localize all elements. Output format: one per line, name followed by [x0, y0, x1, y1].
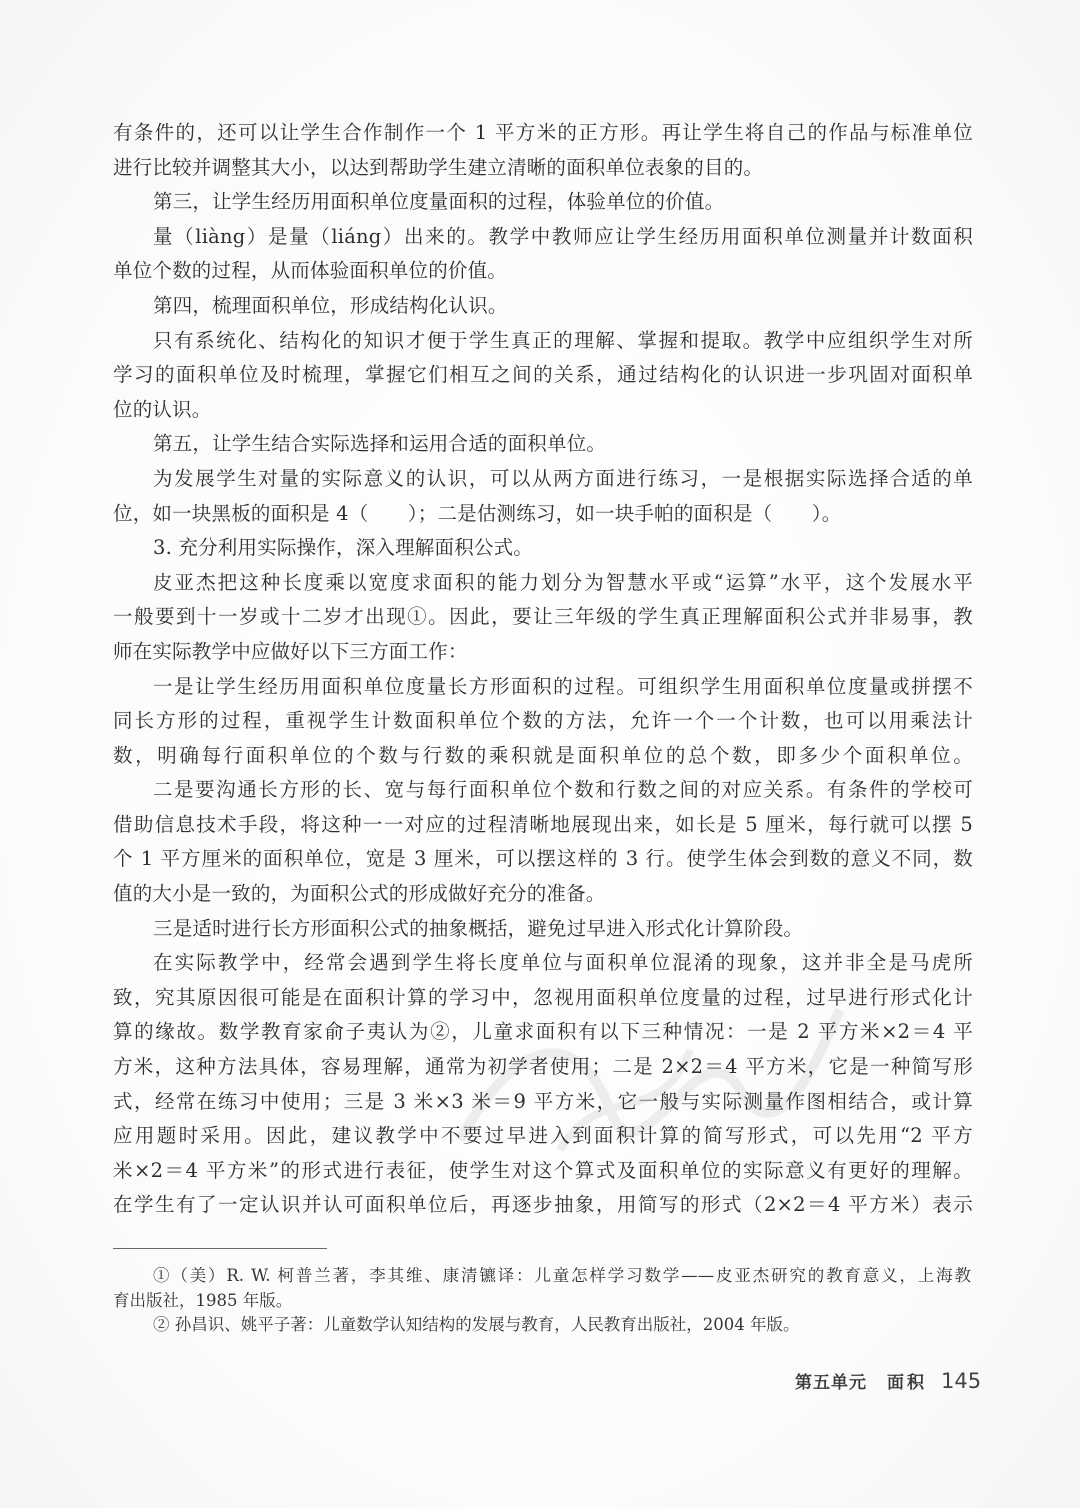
paragraph-line: 二是要沟通长方形的长、宽与每行面积单位个数和行数之间的对应关系。有条件的学校可 — [113, 773, 973, 808]
page-footer: 第五单元 面积 145 — [795, 1368, 981, 1398]
footnote-line: ② 孙昌识、姚平子著：儿童数学认知结构的发展与教育，人民教育出版社，2004 年… — [113, 1313, 971, 1338]
paragraph-line: 一是让学生经历用面积单位度量长方形面积的过程。可组织学生用面积单位度量或拼摆不 — [113, 670, 973, 705]
paragraph-line: 第三，让学生经历用面积单位度量面积的过程，体验单位的价值。 — [113, 185, 973, 220]
paragraph-line: 式，经常在练习中使用；三是 3 米×3 米＝9 平方米，它一般与实际测量作图相结… — [113, 1085, 973, 1120]
paragraph-line: 米×2＝4 平方米”的形式进行表征，使学生对这个算式及面积单位的实际意义有更好的… — [113, 1154, 973, 1189]
paragraph-line: 师在实际教学中应做好以下三方面工作： — [113, 635, 973, 670]
textbook-page: 有条件的，还可以让学生合作制作一个 1 平方米的正方形。再让学生将自己的作品与标… — [0, 0, 1080, 1508]
footnote-line: 育出版社，1985 年版。 — [113, 1289, 971, 1314]
paragraph-line: 数，明确每行面积单位的个数与行数的乘积就是面积单位的总个数，即多少个面积单位。 — [113, 739, 973, 774]
paragraph-line: 在学生有了一定认识并认可面积单位后，再逐步抽象，用简写的形式（2×2＝4 平方米… — [113, 1188, 973, 1223]
paragraph-line: 只有系统化、结构化的知识才便于学生真正的理解、掌握和提取。教学中应组织学生对所 — [113, 324, 973, 359]
paragraph-line: 应用题时采用。因此，建议教学中不要过早进入到面积计算的简写形式，可以先用“2 平… — [113, 1119, 973, 1154]
paragraph-line: 在实际教学中，经常会遇到学生将长度单位与面积单位混淆的现象，这并非全是马虎所 — [113, 946, 973, 981]
paragraph-line: 皮亚杰把这种长度乘以宽度求面积的能力划分为智慧水平或“运算”水平，这个发展水平 — [113, 566, 973, 601]
paragraph-line: 第四，梳理面积单位，形成结构化认识。 — [113, 289, 973, 324]
paragraph-line: 有条件的，还可以让学生合作制作一个 1 平方米的正方形。再让学生将自己的作品与标… — [113, 116, 973, 151]
paragraph-line: 学习的面积单位及时梳理，掌握它们相互之间的关系，通过结构化的认识进一步巩固对面积… — [113, 358, 973, 393]
footnote-line: ①（美）R. W. 柯普兰著，李其维、康清镳译：儿童怎样学习数学——皮亚杰研究的… — [113, 1264, 971, 1289]
paragraph-line: 同长方形的过程，重视学生计数面积单位个数的方法，允许一个一个计数，也可以用乘法计 — [113, 704, 973, 739]
paragraph-line: 单位个数的过程，从而体验面积单位的价值。 — [113, 254, 973, 289]
paragraph-line: 个 1 平方厘米的面积单位，宽是 3 厘米，可以摆这样的 3 行。使学生体会到数… — [113, 842, 973, 877]
footnote-divider — [113, 1248, 327, 1249]
paragraph-line: 量（liàng）是量（liáng）出来的。教学中教师应让学生经历用面积单位测量并… — [113, 220, 973, 255]
paragraph-line: 3. 充分利用实际操作，深入理解面积公式。 — [113, 531, 973, 566]
paragraph-line: 为发展学生对量的实际意义的认识，可以从两方面进行练习，一是根据实际选择合适的单 — [113, 462, 973, 497]
paragraph-line: 借助信息技术手段，将这种一一对应的过程清晰地展现出来，如长是 5 厘米，每行就可… — [113, 808, 973, 843]
paragraph-line: 一般要到十一岁或十二岁才出现①。因此，要让三年级的学生真正理解面积公式并非易事，… — [113, 600, 973, 635]
paragraph-line: 方米，这种方法具体，容易理解，通常为初学者使用；二是 2×2＝4 平方米，它是一… — [113, 1050, 973, 1085]
paragraph-line: 位的认识。 — [113, 393, 973, 428]
paragraph-line: 算的缘故。数学教育家俞子夷认为②，儿童求面积有以下三种情况：一是 2 平方米×2… — [113, 1015, 973, 1050]
footnotes: ①（美）R. W. 柯普兰著，李其维、康清镳译：儿童怎样学习数学——皮亚杰研究的… — [113, 1264, 971, 1338]
body-text: 有条件的，还可以让学生合作制作一个 1 平方米的正方形。再让学生将自己的作品与标… — [113, 116, 973, 1223]
paragraph-line: 第五，让学生结合实际选择和运用合适的面积单位。 — [113, 427, 973, 462]
page-number: 145 — [941, 1369, 981, 1393]
paragraph-line: 位，如一块黑板的面积是 4（ ）；二是估测练习，如一块手帕的面积是（ ）。 — [113, 497, 973, 532]
footer-topic: 面积 — [887, 1368, 927, 1393]
footer-unit-title: 第五单元 — [795, 1368, 867, 1393]
paragraph-line: 致，究其原因很可能是在面积计算的学习中，忽视用面积单位度量的过程，过早进行形式化… — [113, 981, 973, 1016]
paragraph-line: 三是适时进行长方形面积公式的抽象概括，避免过早进入形式化计算阶段。 — [113, 912, 973, 947]
paragraph-line: 值的大小是一致的，为面积公式的形成做好充分的准备。 — [113, 877, 973, 912]
paragraph-line: 进行比较并调整其大小，以达到帮助学生建立清晰的面积单位表象的目的。 — [113, 151, 973, 186]
